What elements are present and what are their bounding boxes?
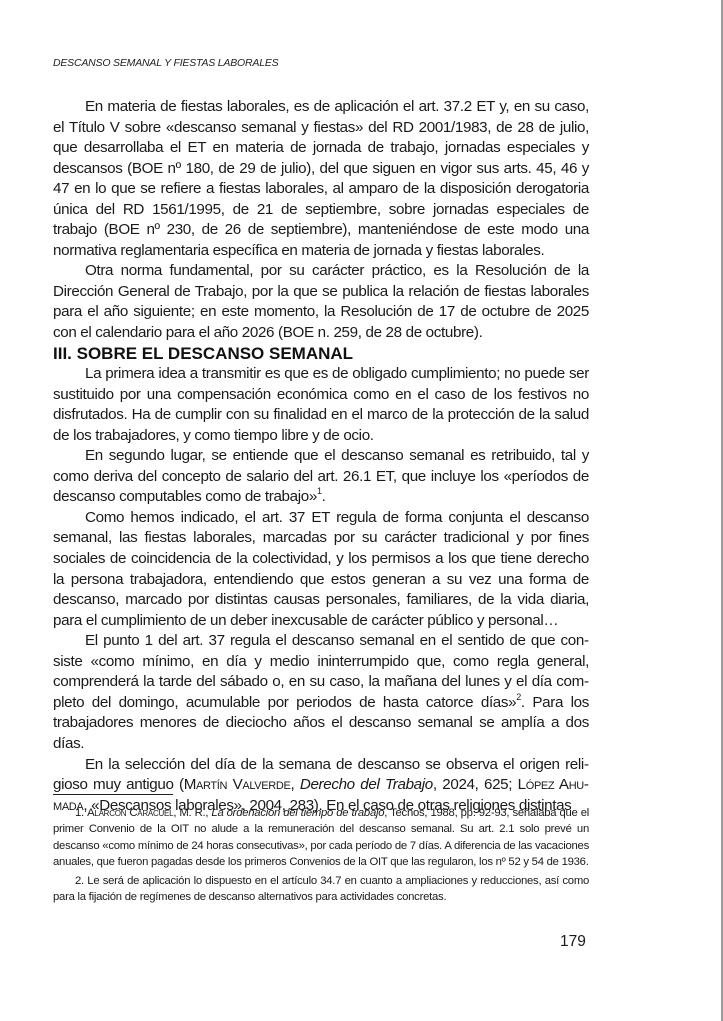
paragraph-text: , 2024, 625; xyxy=(433,776,518,793)
footnote-1: 1. Alarcón Caracuel, M. R., La ordenació… xyxy=(53,805,589,870)
footnote-text: Le será de aplicación lo dispuesto en el… xyxy=(53,875,589,903)
footnote-2: 2. Le será de aplicación lo dispuesto en… xyxy=(53,873,589,906)
footnotes: 1. Alarcón Caracuel, M. R., La ordenació… xyxy=(53,805,589,909)
work-title: Derecho del Trabajo xyxy=(300,776,433,793)
footnote-divider xyxy=(53,794,173,795)
footnote-number: 1. xyxy=(75,807,84,819)
paragraph: En segundo lugar, se entiende que el des… xyxy=(53,446,589,508)
paragraph-text: El punto 1 del art. 37 regula el descans… xyxy=(53,632,589,711)
footnote-ref[interactable]: 1 xyxy=(317,486,322,496)
paragraph: Como hemos indicado, el art. 37 ET regul… xyxy=(53,508,589,631)
body-text: En materia de fiestas laborales, es de a… xyxy=(53,97,589,816)
paragraph: La primera idea a transmitir es que es d… xyxy=(53,364,589,446)
footnote-number: 2. xyxy=(75,875,84,887)
footnote-ref[interactable]: 2 xyxy=(516,692,521,702)
paragraph: Otra norma fundamental, por su carácter … xyxy=(53,261,589,343)
running-head: DESCANSO SEMANAL Y FIESTAS LABORALES xyxy=(53,57,278,69)
section-heading: III. SOBRE EL DESCANSO SEMANAL xyxy=(53,344,589,365)
paragraph: El punto 1 del art. 37 regula el descans… xyxy=(53,631,589,754)
page-number: 179 xyxy=(560,933,586,951)
author-name: Martín Valverde xyxy=(184,776,291,793)
paragraph-text: . xyxy=(322,488,326,505)
author-name: Alarcón Caracuel, M. R. xyxy=(87,807,205,819)
paragraph-text: , xyxy=(290,776,299,793)
document-page: DESCANSO SEMANAL Y FIESTAS LABORALES En … xyxy=(0,0,723,1021)
paragraph: En materia de fiestas laborales, es de a… xyxy=(53,97,589,261)
work-title: La ordenación del tiempo de trabajo xyxy=(211,807,384,819)
